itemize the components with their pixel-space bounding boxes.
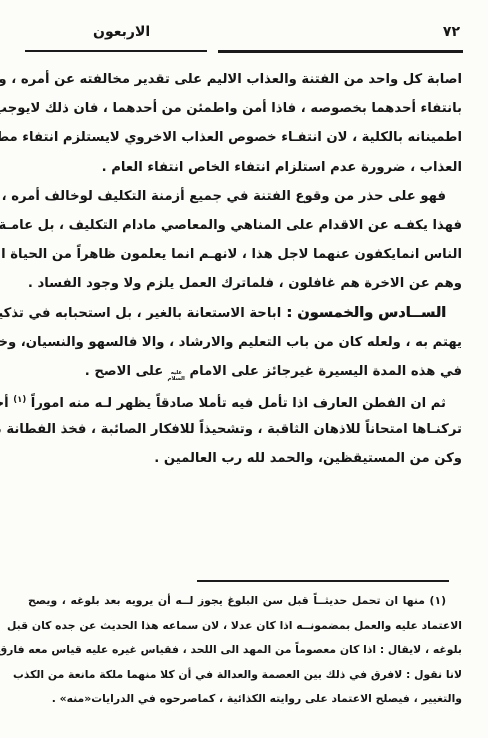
text-line: تركنـاها امتحاناً للاذهان الثاقبة ، وتشح… <box>25 415 462 444</box>
paragraph: ثم ان الفطن العارف اذا تأمل فيه تأملا صا… <box>25 386 462 474</box>
alayhi-salam-honorific-icon: عليه السلام <box>168 371 185 382</box>
text-line: وهم عن الاخرة هم غافلون ، فلماترك العمل … <box>25 269 462 298</box>
text-segment: يهتم به ، ولعله كان من باب التعليم والار… <box>0 335 462 350</box>
text-segment: وهم عن الاخرة هم غافلون ، فلماترك العمل … <box>28 276 462 291</box>
text-segment: في هذه المدة اليسيرة غيرجائز على الامام <box>185 364 462 379</box>
text-line: اصابة كل واحد من الفتنة والعذاب الاليم ع… <box>25 65 462 94</box>
text-line: الناس انمايكفون عنهما لاجل هذا ، لانهـم … <box>25 240 462 269</box>
footnote-line: لانا نقول : لافرق في ذلك بين العصمة والع… <box>28 663 462 688</box>
text-line: يهتم به ، ولعله كان من باب التعليم والار… <box>25 328 462 357</box>
text-line: الســادس والخمسون : اباحة الاستعانة بالغ… <box>25 299 462 328</box>
footnote-line: والتغيير ، فيصلح الاعتماد على روايته الك… <box>28 687 462 712</box>
footnote-separator <box>197 580 449 582</box>
text-segment: بلوغه ، لايقال : اذا كان معصوماً من المه… <box>0 643 462 656</box>
page-header: ٧٢ الاربعون <box>0 24 488 46</box>
text-segment: والتغيير ، فيصلح الاعتماد على روايته الك… <box>52 692 462 705</box>
main-text: اصابة كل واحد من الفتنة والعذاب الاليم ع… <box>25 65 462 474</box>
page-number: ٧٢ <box>443 24 460 40</box>
text-segment: لانا نقول : لافرق في ذلك بين العصمة والع… <box>13 668 462 681</box>
text-line: ثم ان الفطن العارف اذا تأمل فيه تأملا صا… <box>25 386 462 415</box>
text-segment: اصابة كل واحد من الفتنة والعذاب الاليم ع… <box>0 72 462 87</box>
paragraph: فهو على حذر من وقوع الفتنة في جميع أزمنة… <box>25 182 462 299</box>
header-rule-right-segment <box>218 50 463 53</box>
paragraph: (١) منها ان تحمل حديثــاً قبل سن البلوغ … <box>28 589 462 712</box>
text-segment: وكن من المستيقظين، والحمد لله رب العالمي… <box>154 451 462 466</box>
footnote-line: (١) منها ان تحمل حديثــاً قبل سن البلوغ … <box>28 589 462 614</box>
text-segment: الناس انمايكفون عنهما لاجل هذا ، لانهـم … <box>0 247 462 262</box>
text-segment: فهذا يكفـه عن الاقدام على المناهي والمعا… <box>0 218 462 233</box>
text-line: العذاب ، ضرورة عدم استلزام انتفاء الخاص … <box>25 153 462 182</box>
text-line: وكن من المستيقظين، والحمد لله رب العالمي… <box>25 444 462 473</box>
header-rule-left-segment <box>25 50 207 52</box>
text-segment: أخر <box>0 396 13 411</box>
text-line: في هذه المدة اليسيرة غيرجائز على الامام … <box>25 357 462 386</box>
text-segment: الاعتماد عليه والعمل بمضمونــه اذا كان ع… <box>7 619 462 632</box>
text-segment: ثم ان الفطن العارف اذا تأمل فيه تأملا صا… <box>26 396 446 411</box>
text-line: بانتفاء أحدهما بخصوصه ، فاذا أمن واطمئن … <box>25 94 462 123</box>
text-segment: تركنـاها امتحاناً للاذهان الثاقبة ، وتشح… <box>0 422 462 437</box>
paragraph: اصابة كل واحد من الفتنة والعذاب الاليم ع… <box>25 65 462 182</box>
text-line: اطمينانه بالكلية ، لان انتفـاء خصوص العذ… <box>25 123 462 152</box>
text-segment: على الاصح . <box>85 364 168 379</box>
footnote-block: (١) منها ان تحمل حديثــاً قبل سن البلوغ … <box>28 589 462 712</box>
text-segment: العذاب ، ضرورة عدم استلزام انتفاء الخاص … <box>102 160 462 175</box>
text-line: فهو على حذر من وقوع الفتنة في جميع أزمنة… <box>25 182 462 211</box>
text-segment: اباحة الاستعانة بالغير ، بل استحبابه في … <box>0 306 281 321</box>
footnote-line: الاعتماد عليه والعمل بمضمونــه اذا كان ع… <box>28 614 462 639</box>
text-segment: فهو على حذر من وقوع الفتنة في جميع أزمنة… <box>2 189 446 204</box>
text-segment: اطمينانه بالكلية ، لان انتفـاء خصوص العذ… <box>0 130 462 145</box>
book-page: ٧٢ الاربعون اصابة كل واحد من الفتنة والع… <box>0 0 488 738</box>
text-segment: بانتفاء أحدهما بخصوصه ، فاذا أمن واطمئن … <box>0 101 462 116</box>
text-segment: (١) منها ان تحمل حديثــاً قبل سن البلوغ … <box>28 594 446 607</box>
paragraph: الســادس والخمسون : اباحة الاستعانة بالغ… <box>25 299 462 387</box>
header-rule <box>25 50 463 53</box>
text-line: فهذا يكفـه عن الاقدام على المناهي والمعا… <box>25 211 462 240</box>
footnote-marker: (١) <box>13 395 26 405</box>
section-heading: الســادس والخمسون : <box>281 305 446 321</box>
footnote-line: بلوغه ، لايقال : اذا كان معصوماً من المه… <box>28 638 462 663</box>
running-title: الاربعون <box>93 24 150 40</box>
